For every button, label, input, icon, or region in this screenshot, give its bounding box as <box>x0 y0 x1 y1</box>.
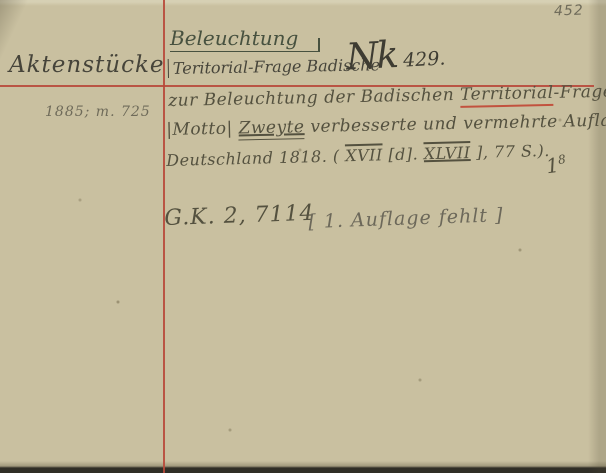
imprint-line-mid: [d]. <box>383 144 424 164</box>
edition-line-underlined: Zweyte <box>238 117 304 140</box>
year-note: 1885; m. 725 <box>45 104 151 120</box>
insertion-mark <box>318 38 320 51</box>
title-line-post: -Frage. <box>553 82 606 103</box>
edition-line: |Motto| Zweyte verbesserte und vermehrte… <box>166 110 606 140</box>
shelfmark-number: 429. <box>403 47 446 71</box>
category-heading: Aktenstücke <box>9 52 165 78</box>
missing-edition-note: [ 1. Auflage fehlt ] <box>308 204 504 233</box>
inserted-keyword: Beleuchtung <box>170 26 320 52</box>
format-note: 18 <box>544 152 568 179</box>
format-superscript: 8 <box>557 152 567 167</box>
call-number: G.K. 2, 7114 <box>164 201 315 231</box>
shelfmark: Nk429. <box>345 30 446 78</box>
title-line-pre: zur Beleuchtung der Badischen <box>168 85 460 111</box>
imprint-line: Deutschland 1818. ( XVII [d]. XLVII ], 7… <box>166 141 550 170</box>
imprint-line-post: ], 77 S.). <box>470 141 550 162</box>
edition-line-post: verbesserte und vermehrte Auflage. <box>304 110 606 137</box>
inserted-keyword-text: Beleuchtung <box>170 26 298 50</box>
imprint-roman-2: XLVII <box>424 143 471 163</box>
imprint-roman-1: XVII <box>345 145 383 165</box>
shelfmark-prefix: Nk <box>345 33 398 79</box>
edition-line-pre: |Motto| <box>166 118 239 140</box>
title-line-red-underlined: Territorial <box>460 83 554 108</box>
catalog-card: 452 Aktenstücke Beleuchtung Teritorial-F… <box>0 0 606 473</box>
imprint-line-pre: Deutschland 1818. ( <box>166 146 345 170</box>
corner-number: 452 <box>554 2 584 19</box>
